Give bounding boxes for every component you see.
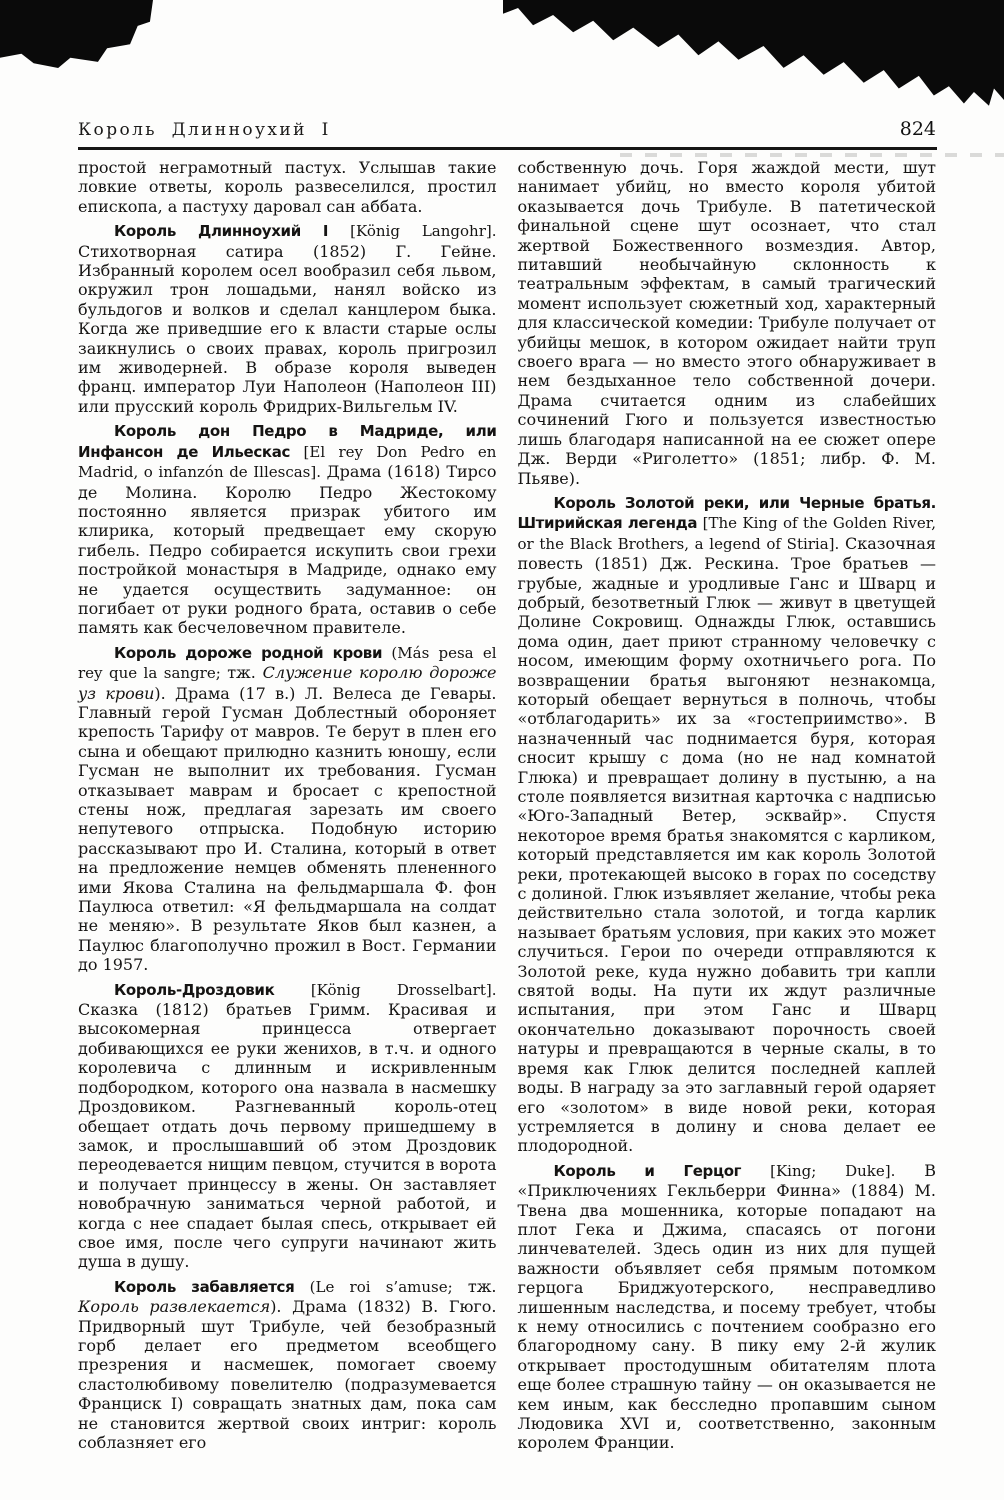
text-run: Сказка (1812) братьев Гримм. Красивая и … <box>78 1000 497 1271</box>
dictionary-entry: Король Золотой реки, или Черные братья. … <box>518 493 937 1156</box>
text-run: (Le roi s’amuse; <box>310 1278 468 1296</box>
dictionary-entry: Король дороже родной крови (Más pesa el … <box>78 643 497 975</box>
entry-headword: Король дороже родной крови <box>114 644 391 662</box>
running-header-title: Король Длинноухий I <box>78 120 331 140</box>
scanned-dictionary-page: Король Длинноухий I 824 простой неграмот… <box>0 0 1004 1500</box>
text-run: Стихотворная сатира (1852) Г. Гейне. Изб… <box>78 242 497 416</box>
scan-artifact-top-right <box>503 0 1004 115</box>
scan-artifact-top-left <box>0 0 153 68</box>
text-run: тж. <box>468 1277 497 1296</box>
entry-headword: Король Длинноухий I <box>114 222 350 240</box>
text-run: Сказочная повесть (1851) Дж. Рескина. Тр… <box>518 534 937 1156</box>
text-columns: простой неграмотный пастух. Услышав таки… <box>78 158 936 1453</box>
text-run: [King; Duke]. <box>770 1162 924 1180</box>
text-run: собственную дочь. Горя жаждой мести, шут… <box>518 158 937 488</box>
text-run: ). Драма (1832) В. Гюго. Придворный шут … <box>78 1297 497 1452</box>
text-run: Драма (1618) Тирсо де Молина. Королю Пед… <box>78 462 497 637</box>
column-right: собственную дочь. Горя жаждой мести, шут… <box>518 158 937 1453</box>
header-rule <box>78 147 937 150</box>
entry-headword: Король-Дроздовик <box>114 981 311 999</box>
dictionary-entry: Король и Герцог [King; Duke]. В «Приключ… <box>518 1161 937 1453</box>
running-header: Король Длинноухий I 824 <box>78 118 936 140</box>
continuation-paragraph: простой неграмотный пастух. Услышав таки… <box>78 158 497 216</box>
scan-artifact-rule-smudge <box>620 153 1004 157</box>
entry-headword: Король забавляется <box>114 1278 310 1296</box>
dictionary-entry: Король-Дроздовик [König Drosselbart]. Ск… <box>78 980 497 1272</box>
column-left: простой неграмотный пастух. Услышав таки… <box>78 158 497 1453</box>
text-run: тж. <box>227 663 262 682</box>
page-number: 824 <box>900 118 936 140</box>
text-run: [König Langohr]. <box>350 222 496 240</box>
dictionary-entry: Король забавляется (Le roi s’amuse; тж. … <box>78 1277 497 1453</box>
text-run: ). Драма (17 в.) Л. Велеса де Гевары. Гл… <box>78 684 497 975</box>
continuation-paragraph: собственную дочь. Горя жаждой мести, шут… <box>518 158 937 488</box>
text-run: В «Приключениях Гекльберри Финна» (1884)… <box>518 1161 937 1453</box>
text-run: [König Drosselbart]. <box>311 981 497 999</box>
dictionary-entry: Король дон Педро в Мадриде, или Инфансон… <box>78 421 497 637</box>
dictionary-entry: Король Длинноухий I [König Langohr]. Сти… <box>78 221 497 416</box>
text-run: простой неграмотный пастух. Услышав таки… <box>78 158 497 216</box>
text-run: Король развлекается <box>78 1297 270 1316</box>
entry-headword: Король и Герцог <box>554 1162 771 1180</box>
